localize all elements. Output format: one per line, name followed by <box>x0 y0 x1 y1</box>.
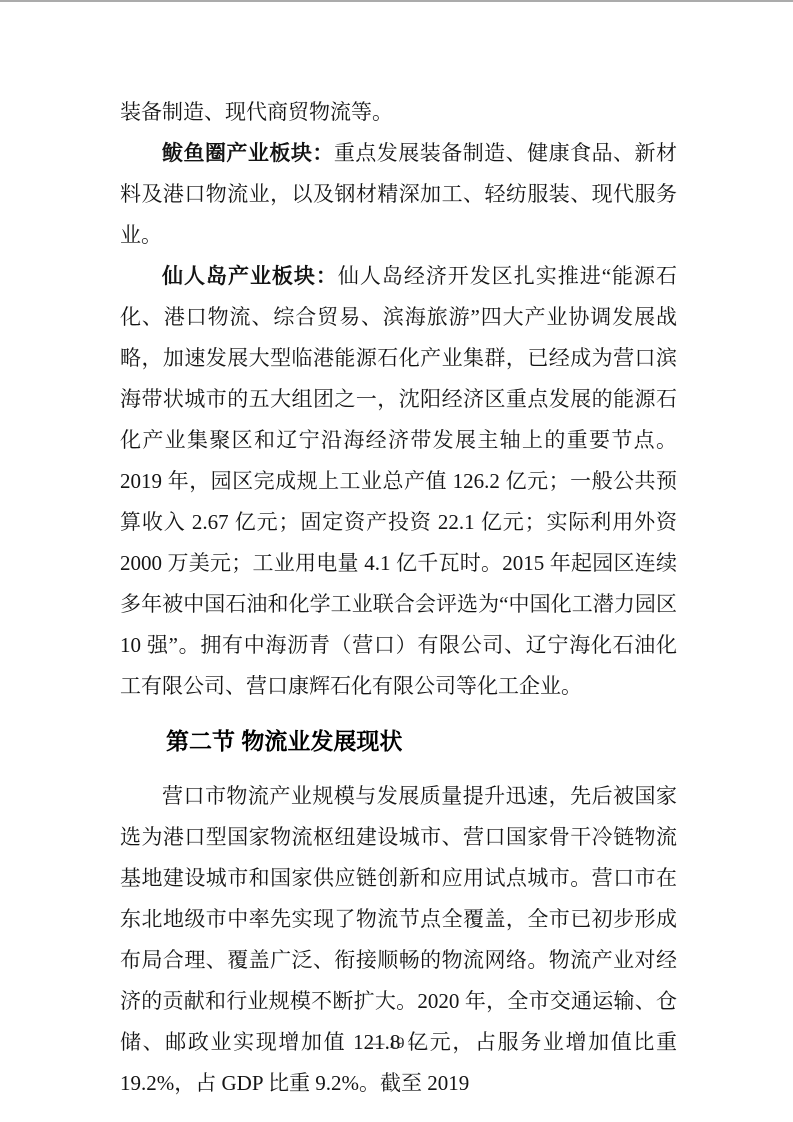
paragraph-continuation: 装备制造、现代商贸物流等。 <box>120 92 677 133</box>
paragraph-xianrendao: 仙人岛产业板块：仙人岛经济开发区扎实推进“能源石化、港口物流、综合贸易、滨海旅游… <box>120 256 677 707</box>
paragraph-bayuquan-lead: 鲅鱼圈产业板块： <box>162 142 334 165</box>
scan-top-edge <box>0 0 793 2</box>
section-heading: 第二节 物流业发展现状 <box>120 721 677 762</box>
paragraph-xianrendao-lead: 仙人岛产业板块： <box>162 265 338 288</box>
paragraph-logistics: 营口市物流产业规模与发展质量提升迅速，先后被国家选为港口型国家物流枢纽建设城市、… <box>120 776 677 1104</box>
page-body: 装备制造、现代商贸物流等。 鲅鱼圈产业板块：重点发展装备制造、健康食品、新材料及… <box>120 92 677 1104</box>
page-number: — 19 — <box>0 1034 793 1054</box>
paragraph-bayuquan: 鲅鱼圈产业板块：重点发展装备制造、健康食品、新材料及港口物流业，以及钢材精深加工… <box>120 133 677 256</box>
paragraph-xianrendao-text: 仙人岛经济开发区扎实推进“能源石化、港口物流、综合贸易、滨海旅游”四大产业协调发… <box>120 264 677 698</box>
document-page: 装备制造、现代商贸物流等。 鲅鱼圈产业板块：重点发展装备制造、健康食品、新材料及… <box>0 0 793 1122</box>
